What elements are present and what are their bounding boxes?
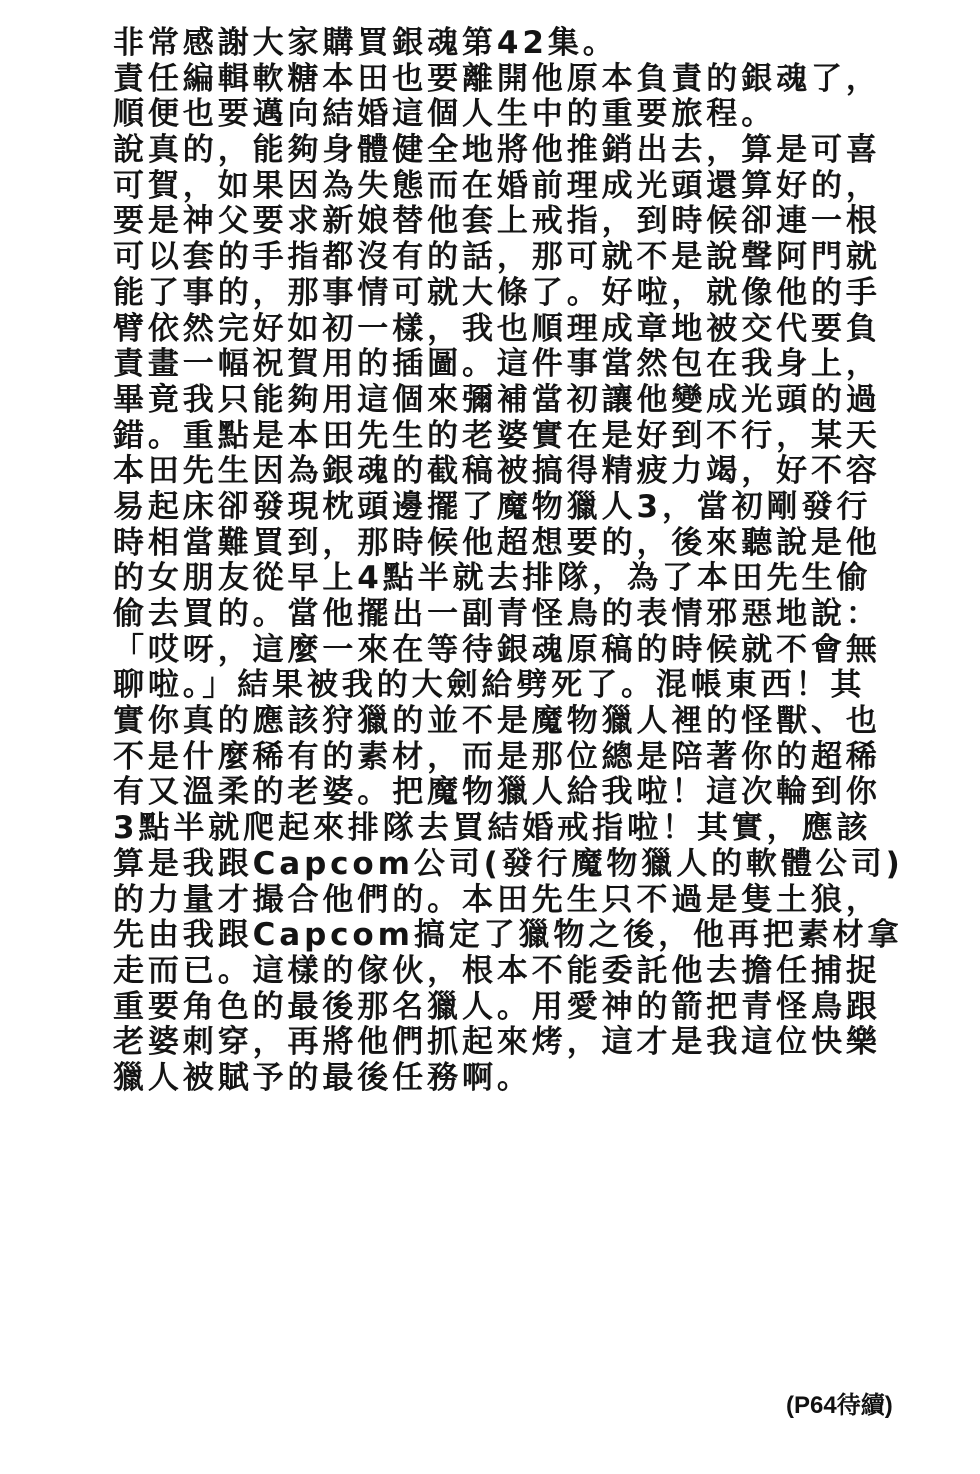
text-line: 聊啦。」結果被我的大劍給劈死了。混帳東西！其 (113, 668, 873, 704)
text-line: 算是我跟Capcom公司(發行魔物獵人的軟體公司) (113, 847, 873, 883)
continued-note: (P64待續) (786, 1391, 893, 1421)
text-line: 本田先生因為銀魂的截稿被搞得精疲力竭，好不容 (113, 454, 873, 490)
text-line: 責畫一幅祝賀用的插圖。這件事當然包在我身上， (113, 347, 873, 383)
text-line: 有又溫柔的老婆。把魔物獵人給我啦！這次輪到你 (113, 775, 873, 811)
text-line: 順便也要邁向結婚這個人生中的重要旅程。 (113, 97, 873, 133)
afterword-page: 非常感謝大家購買銀魂第42集。 責任編輯軟糖本田也要離開他原本負責的銀魂了， 順… (0, 0, 980, 1474)
text-line: 「哎呀，這麼一來在等待銀魂原稿的時候就不會無 (113, 633, 873, 669)
text-line: 實你真的應該狩獵的並不是魔物獵人裡的怪獸、也 (113, 704, 873, 740)
text-line: 3點半就爬起來排隊去買結婚戒指啦！其實，應該 (113, 811, 873, 847)
text-line: 先由我跟Capcom搞定了獵物之後，他再把素材拿 (113, 918, 873, 954)
text-line: 錯。重點是本田先生的老婆實在是好到不行，某天 (113, 419, 873, 455)
text-line: 畢竟我只能夠用這個來彌補當初讓他變成光頭的過 (113, 383, 873, 419)
text-line: 易起床卻發現枕頭邊擺了魔物獵人3，當初剛發行 (113, 490, 873, 526)
text-line: 時相當難買到，那時候他超想要的，後來聽說是他 (113, 526, 873, 562)
text-line: 可賀，如果因為失態而在婚前理成光頭還算好的， (113, 169, 873, 205)
text-line: 可以套的手指都沒有的話，那可就不是說聲阿門就 (113, 240, 873, 276)
text-line: 要是神父要求新娘替他套上戒指，到時候卻連一根 (113, 204, 873, 240)
text-line: 非常感謝大家購買銀魂第42集。 (113, 26, 873, 62)
text-line: 責任編輯軟糖本田也要離開他原本負責的銀魂了， (113, 62, 873, 98)
text-line: 臂依然完好如初一樣，我也順理成章地被交代要負 (113, 312, 873, 348)
text-line: 說真的，能夠身體健全地將他推銷出去，算是可喜 (113, 133, 873, 169)
text-line: 走而已。這樣的傢伙，根本不能委託他去擔任捕捉 (113, 954, 873, 990)
text-line: 獵人被賦予的最後任務啊。 (113, 1061, 873, 1097)
afterword-text-block: 非常感謝大家購買銀魂第42集。 責任編輯軟糖本田也要離開他原本負責的銀魂了， 順… (113, 26, 873, 1097)
text-line: 能了事的，那事情可就大條了。好啦，就像他的手 (113, 276, 873, 312)
text-line: 老婆刺穿，再將他們抓起來烤，這才是我這位快樂 (113, 1025, 873, 1061)
text-line: 的女朋友從早上4點半就去排隊，為了本田先生偷 (113, 561, 873, 597)
text-line: 重要角色的最後那名獵人。用愛神的箭把青怪鳥跟 (113, 990, 873, 1026)
text-line: 的力量才撮合他們的。本田先生只不過是隻土狼， (113, 883, 873, 919)
text-line: 偷去買的。當他擺出一副青怪鳥的表情邪惡地說： (113, 597, 873, 633)
text-line: 不是什麼稀有的素材，而是那位總是陪著你的超稀 (113, 740, 873, 776)
